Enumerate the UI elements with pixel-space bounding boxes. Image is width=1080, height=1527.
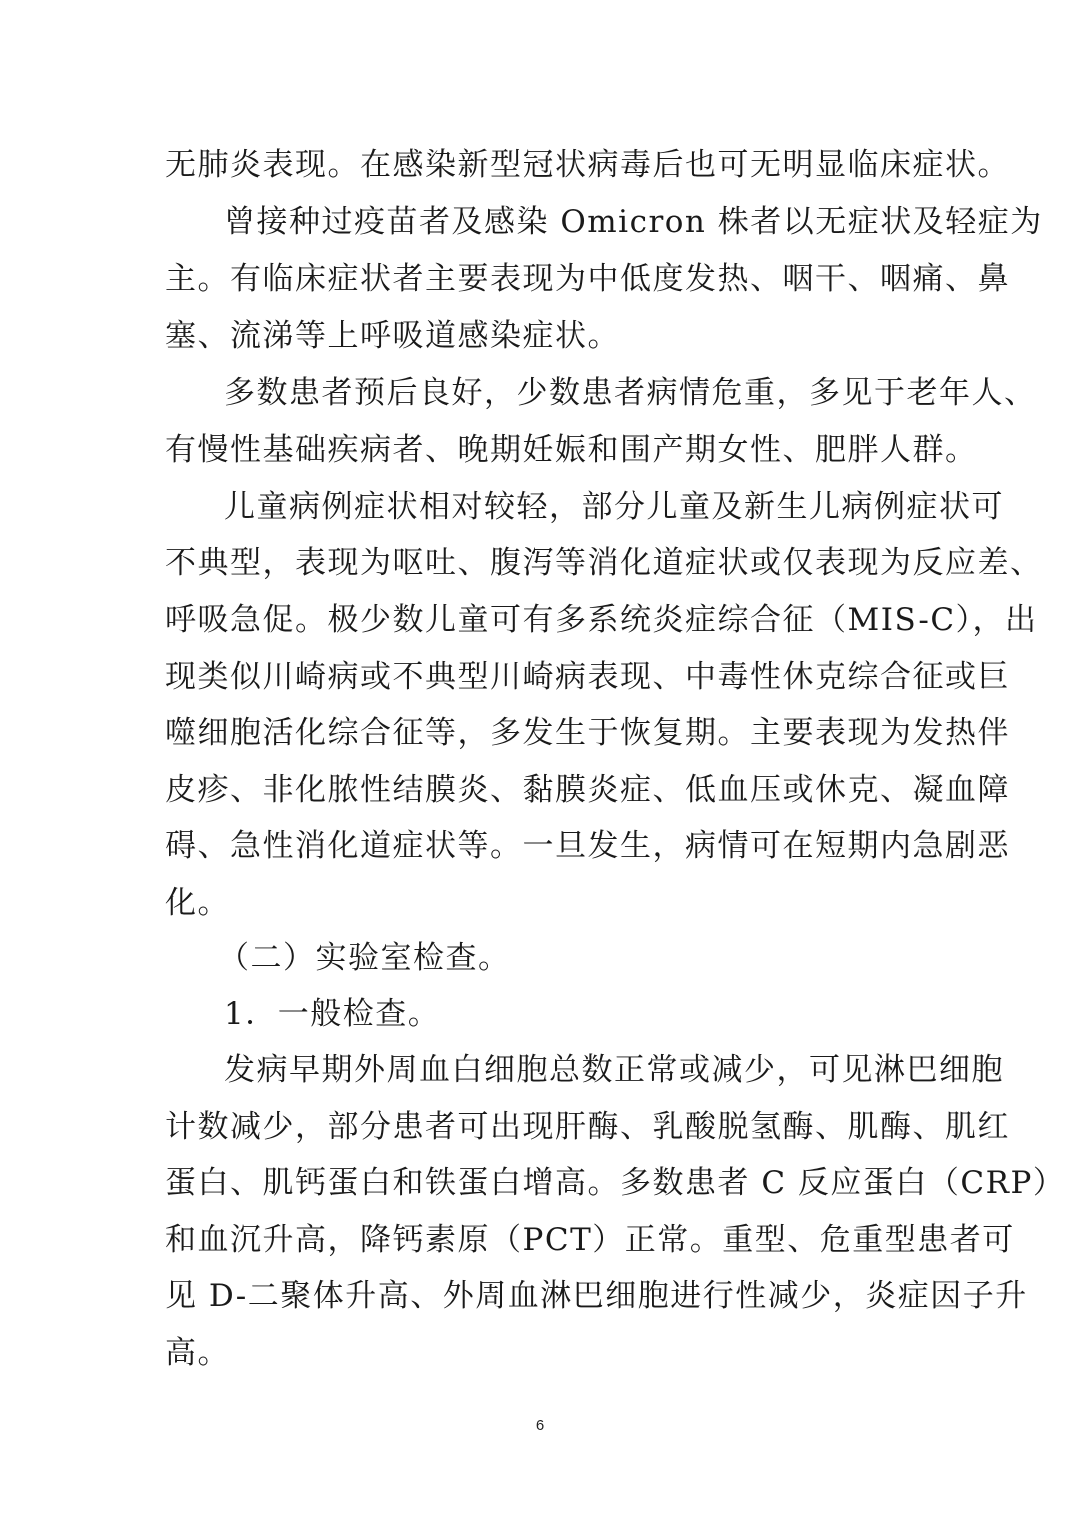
section-heading: （二）实验室检查。 [218,938,911,978]
paragraph-line: 现类似川崎病或不典型川崎病表现、中毒性休克综合征或巨 [165,657,917,697]
paragraph-line: 蛋白、肌钙蛋白和铁蛋白增高。多数患者 C 反应蛋白（CRP） [165,1163,917,1203]
paragraph-line: 主。有临床症状者主要表现为中低度发热、咽干、咽痛、鼻 [165,259,917,299]
paragraph-line: 计数减少，部分患者可出现肝酶、乳酸脱氢酶、肌酶、肌红 [165,1107,917,1147]
paragraph-line: 不典型，表现为呕吐、腹泻等消化道症状或仅表现为反应差、 [165,543,917,583]
paragraph-line: 曾接种过疫苗者及感染 Omicron 株者以无症状及轻症为 [224,202,917,242]
paragraph-line: 塞、流涕等上呼吸道感染症状。 [165,316,917,356]
paragraph-line: 多数患者预后良好，少数患者病情危重，多见于老年人、 [224,373,917,413]
paragraph-line: 无肺炎表现。在感染新型冠状病毒后也可无明显临床症状。 [165,145,917,185]
paragraph-line: 有慢性基础疾病者、晚期妊娠和围产期女性、肥胖人群。 [165,430,917,470]
paragraph-line: 高。 [165,1333,917,1373]
paragraph-line: 儿童病例症状相对较轻，部分儿童及新生儿病例症状可 [224,487,917,527]
paragraph-line: 噬细胞活化综合征等，多发生于恢复期。主要表现为发热伴 [165,713,917,753]
paragraph-line: 见 D-二聚体升高、外周血淋巴细胞进行性减少，炎症因子升 [165,1276,917,1316]
paragraph-line: 呼吸急促。极少数儿童可有多系统炎症综合征（MIS-C），出 [165,600,917,640]
paragraph-line: 和血沉升高，降钙素原（PCT）正常。重型、危重型患者可 [165,1220,917,1260]
paragraph-line: 化。 [165,883,917,923]
paragraph-line: 皮疹、非化脓性结膜炎、黏膜炎症、低血压或休克、凝血障 [165,770,917,810]
subsection-heading: 1．一般检查。 [224,994,917,1034]
paragraph-line: 碍、急性消化道症状等。一旦发生，病情可在短期内急剧恶 [165,826,917,866]
page-number: 6 [0,1417,1080,1434]
paragraph-line: 发病早期外周血白细胞总数正常或减少，可见淋巴细胞 [224,1050,917,1090]
